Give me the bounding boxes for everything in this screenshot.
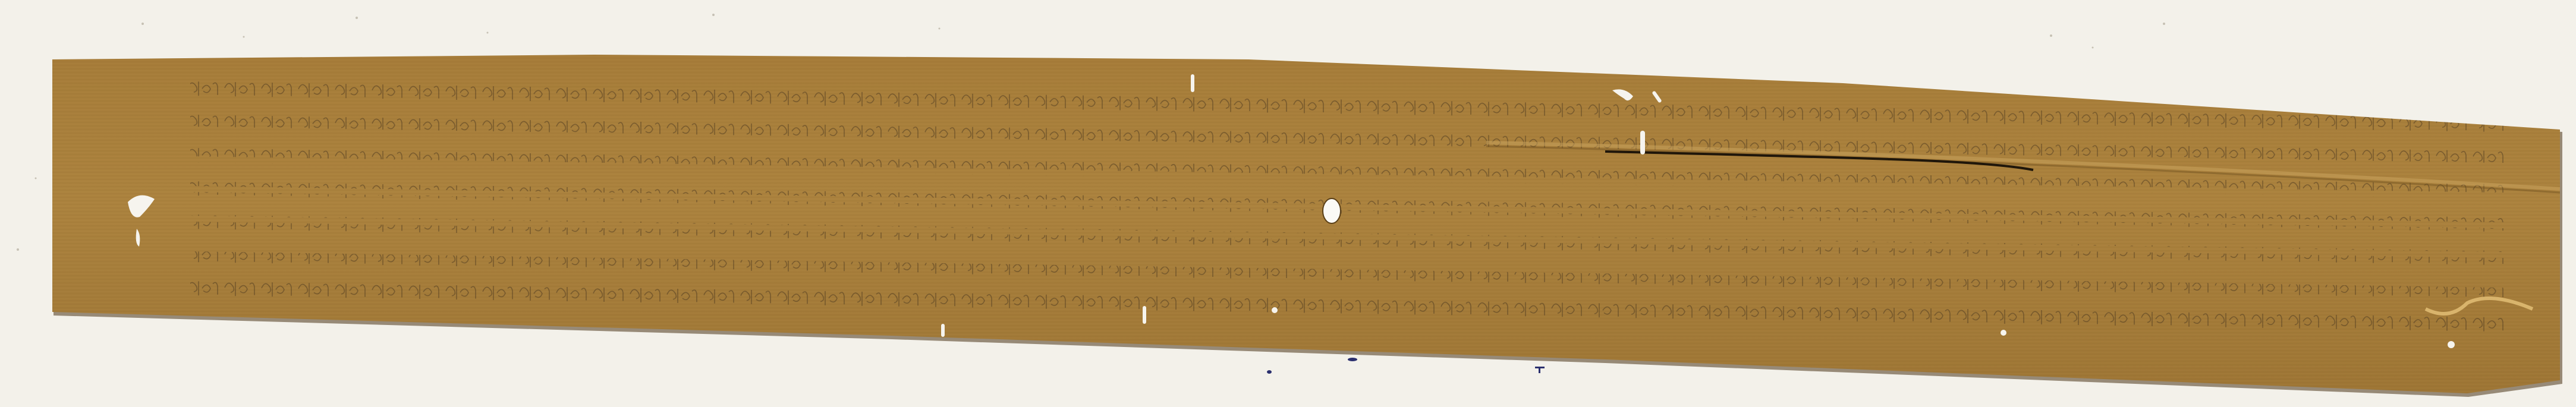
string-hole	[1323, 198, 1341, 223]
ink-marks	[1267, 358, 1545, 374]
manuscript-photo	[0, 0, 2576, 407]
palm-leaf	[0, 0, 2576, 407]
